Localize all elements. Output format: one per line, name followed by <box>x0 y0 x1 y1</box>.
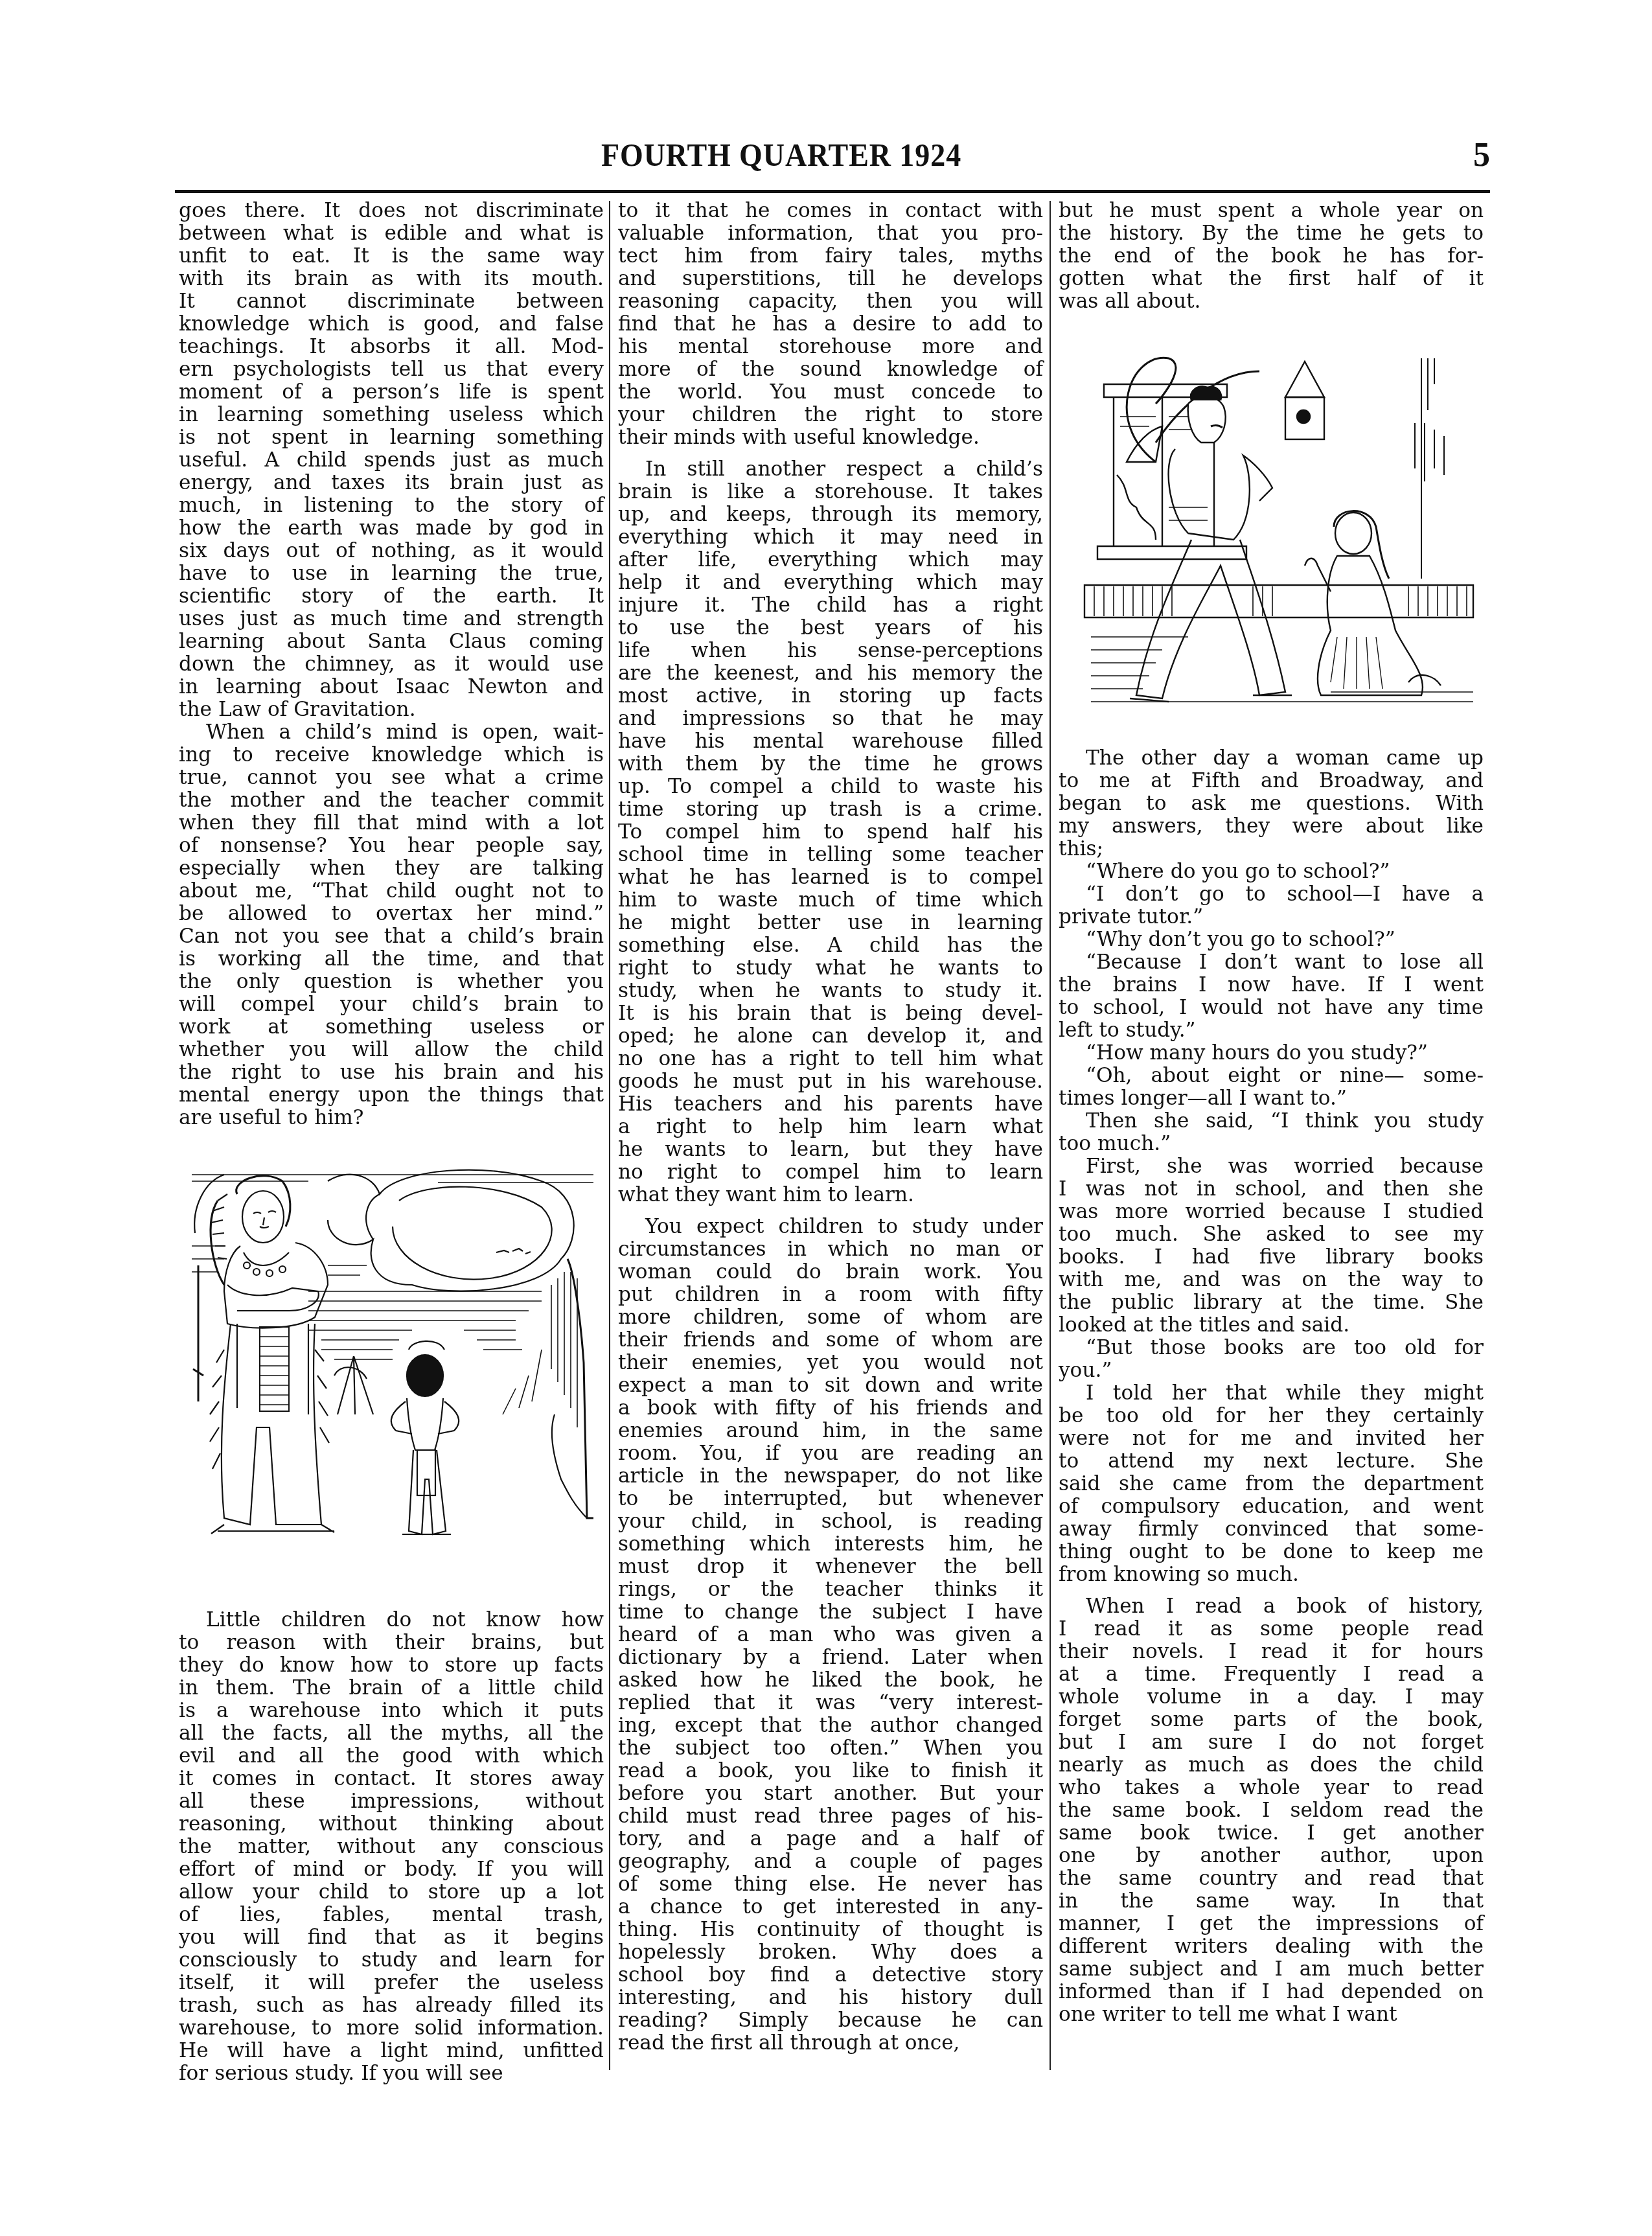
text-line: most active, in storing up facts <box>618 685 1043 708</box>
text-line: especially when they are talking <box>179 857 604 880</box>
text-line: goods he must put in his warehouse. <box>618 1070 1043 1093</box>
text-line: and impressions so that he may <box>618 708 1043 730</box>
text-line: life when his sense-perceptions <box>618 640 1043 662</box>
text-line: a right to help him learn what <box>618 1116 1043 1138</box>
text-line: woman could do brain work. You <box>618 1261 1043 1284</box>
text-line: was more worried because I studied <box>1059 1201 1484 1223</box>
header-rule <box>175 190 1490 193</box>
text-line: Little children do not know how <box>179 1609 604 1631</box>
text-line: his mental storehouse more and <box>618 336 1043 358</box>
text-line: In still another respect a child’s <box>618 458 1043 481</box>
text-line: allow your child to store up a lot <box>179 1881 604 1904</box>
text-line: ing to receive knowledge which is <box>179 744 604 766</box>
paragraph: to it that he comes in contact withvalua… <box>618 200 1043 449</box>
page-number: 5 <box>1473 136 1490 174</box>
text-line: about me, “That child ought not to <box>179 880 604 903</box>
paragraph: but he must spent a whole year onthe his… <box>1059 200 1484 313</box>
text-line: away firmly convinced that some- <box>1059 1518 1484 1541</box>
text-line: It is his brain that is being devel- <box>618 1002 1043 1025</box>
text-line: how the earth was made by god in <box>179 517 604 540</box>
text-line: “Because I don’t want to lose all <box>1059 951 1484 974</box>
text-line: trash, such as has already filled its <box>179 1994 604 2017</box>
text-line: moment of a person’s life is spent <box>179 381 604 404</box>
text-line: heard of a man who was given a <box>618 1624 1043 1646</box>
text-line: with me, and was on the way to <box>1059 1269 1484 1291</box>
text-line: find that he has a desire to add to <box>618 313 1043 336</box>
paragraph: When I read a book of history,I read it … <box>1059 1595 1484 2026</box>
text-line: knowledge which is good, and false <box>179 313 604 336</box>
text-line: teachings. It absorbs it all. Mod- <box>179 336 604 358</box>
text-line: reasoning, without thinking about <box>179 1813 604 1836</box>
illustration-chief-and-child <box>179 1155 604 1570</box>
text-line: tect him from fairy tales, myths <box>618 245 1043 268</box>
text-line: the history. By the time he gets to <box>1059 222 1484 245</box>
text-line: put children in a room with fifty <box>618 1284 1043 1306</box>
text-line: at a time. Frequently I read a <box>1059 1663 1484 1686</box>
text-line: the same country and read that <box>1059 1867 1484 1890</box>
text-line: The other day a woman came up <box>1059 747 1484 770</box>
text-line: with them by the time he grows <box>618 753 1043 776</box>
text-line: the brains I now have. If I went <box>1059 974 1484 997</box>
text-line: learning about Santa Claus coming <box>179 630 604 653</box>
text-line: ern psychologists tell us that every <box>179 358 604 381</box>
paragraph: “Oh, about eight or nine— some-times lon… <box>1059 1065 1484 1110</box>
text-line: thing. His continuity of thought is <box>618 1919 1043 1941</box>
text-line: in the same way. In that <box>1059 1890 1484 1913</box>
text-line: the same book. I seldom read the <box>1059 1799 1484 1822</box>
text-line: itself, it will prefer the useless <box>179 1972 604 1994</box>
text-line: different writers dealing with the <box>1059 1935 1484 1958</box>
text-line: private tutor.” <box>1059 906 1484 928</box>
text-line: warehouse, to more solid information. <box>179 2017 604 2040</box>
text-line: must drop it whenever the bell <box>618 1556 1043 1578</box>
text-line: up. To compel a child to waste his <box>618 776 1043 798</box>
text-line: evil and all the good with which <box>179 1745 604 1768</box>
text-line: everything which it may need in <box>618 526 1043 549</box>
paragraph: In still another respect a child’sbrain … <box>618 458 1043 1206</box>
paragraph: “Where do you go to school?” <box>1059 860 1484 883</box>
text-line: the subject too often.” When you <box>618 1737 1043 1760</box>
running-header: FOURTH QUARTER 1924 5 <box>174 136 1490 181</box>
text-line: injure it. The child has a right <box>618 594 1043 617</box>
text-line: study, when he wants to study it. <box>618 980 1043 1002</box>
text-line: but I am sure I do not forget <box>1059 1731 1484 1754</box>
text-line: down the chimney, as it would use <box>179 653 604 676</box>
text-line: mental energy upon the things that <box>179 1084 604 1107</box>
text-line: “But those books are too old for <box>1059 1337 1484 1359</box>
text-line: it comes in contact. It stores away <box>179 1768 604 1790</box>
text-line: the Law of Gravitation. <box>179 698 604 721</box>
text-line: what he has learned is to compel <box>618 866 1043 889</box>
text-column-1: goes there. It does not discriminatebetw… <box>179 200 604 2085</box>
text-line: dictionary by a friend. Later when <box>618 1646 1043 1669</box>
text-line: times longer—all I want to.” <box>1059 1087 1484 1110</box>
text-line: too much.” <box>1059 1133 1484 1155</box>
text-line: the right to use his brain and his <box>179 1061 604 1084</box>
text-line: time to change the subject I have <box>618 1601 1043 1624</box>
text-line: began to ask me questions. With <box>1059 792 1484 815</box>
paragraph: “Why don’t you go to school?” <box>1059 928 1484 951</box>
text-line: looked at the titles and said. <box>1059 1314 1484 1337</box>
text-line: Can not you see that a child’s brain <box>179 925 604 948</box>
text-line: the mother and the teacher commit <box>179 789 604 812</box>
text-line: nearly as much as does the child <box>1059 1754 1484 1777</box>
paragraph: “Because I don’t want to lose allthe bra… <box>1059 951 1484 1042</box>
text-line: from knowing so much. <box>1059 1563 1484 1586</box>
text-line: something else. A child has the <box>618 934 1043 957</box>
text-line: interesting, and his history dull <box>618 1987 1043 2009</box>
text-line: “I don’t go to school—I have a <box>1059 883 1484 906</box>
text-line: asked how he liked the book, he <box>618 1669 1043 1692</box>
text-line: to attend my next lecture. She <box>1059 1450 1484 1473</box>
text-line: are useful to him? <box>179 1107 604 1129</box>
text-line: unfit to eat. It is the same way <box>179 245 604 268</box>
text-line: I was not in school, and then she <box>1059 1178 1484 1201</box>
paragraph: The other day a woman came upto me at Fi… <box>1059 747 1484 860</box>
text-line: I read it as some people read <box>1059 1618 1484 1641</box>
text-line: room. You, if you are reading an <box>618 1442 1043 1465</box>
paragraph: Then she said, “I think you studytoo muc… <box>1059 1110 1484 1155</box>
text-line: rings, or the teacher thinks it <box>618 1578 1043 1601</box>
paragraph: “But those books are too old foryou.” <box>1059 1337 1484 1382</box>
text-line: is working all the time, and that <box>179 948 604 971</box>
text-line: “Where do you go to school?” <box>1059 860 1484 883</box>
text-line: child must read three pages of his- <box>618 1805 1043 1828</box>
text-line: this; <box>1059 838 1484 860</box>
text-line: circumstances in which no man or <box>618 1238 1043 1261</box>
text-line: have his mental warehouse filled <box>618 730 1043 753</box>
text-line: are the keenest, and his memory the <box>618 662 1043 685</box>
paragraph: You expect children to study undercircum… <box>618 1216 1043 2055</box>
text-line: of lies, fables, mental trash, <box>179 1904 604 1926</box>
text-line: the end of the book he has for- <box>1059 245 1484 268</box>
text-line: he might better use in learning <box>618 912 1043 934</box>
text-line: enemies around him, in the same <box>618 1420 1043 1442</box>
text-line: effort of mind or body. If you will <box>179 1858 604 1881</box>
text-line: is a warehouse into which it puts <box>179 1700 604 1722</box>
text-line: to use the best years of his <box>618 617 1043 640</box>
text-line: be allowed to overtax her mind.” <box>179 903 604 925</box>
text-line: left to study.” <box>1059 1019 1484 1042</box>
text-line: in learning something useless which <box>179 404 604 426</box>
text-line: of compulsory education, and went <box>1059 1495 1484 1518</box>
publication-title: FOURTH QUARTER 1924 <box>601 136 961 174</box>
text-line: article in the newspaper, do not like <box>618 1465 1043 1488</box>
text-line: to me at Fifth and Broadway, and <box>1059 770 1484 792</box>
text-line: First, she was worried because <box>1059 1155 1484 1178</box>
text-line: He will have a light mind, unfitted <box>179 2040 604 2062</box>
text-line: read the first all through at once, <box>618 2032 1043 2055</box>
text-line: to reason with their brains, but <box>179 1631 604 1654</box>
text-line: be too old for her they certainly <box>1059 1405 1484 1427</box>
text-line: no right to compel him to learn <box>618 1161 1043 1184</box>
text-line: you.” <box>1059 1359 1484 1382</box>
paragraph: I told her that while they mightbe too o… <box>1059 1382 1484 1586</box>
text-line: books. I had five library books <box>1059 1246 1484 1269</box>
text-line: the only question is whether you <box>179 971 604 993</box>
text-line: something which interests him, he <box>618 1533 1043 1556</box>
text-line: of some thing else. He never has <box>618 1873 1043 1896</box>
paragraph: goes there. It does not discriminatebetw… <box>179 200 604 721</box>
text-line: replied that it was “very interest- <box>618 1692 1043 1714</box>
text-line: one by another author, upon <box>1059 1845 1484 1867</box>
text-line: time storing up trash is a crime. <box>618 798 1043 821</box>
text-line: were not for me and invited her <box>1059 1427 1484 1450</box>
text-line: their novels. I read it for hours <box>1059 1641 1484 1663</box>
text-line: what they want him to learn. <box>618 1184 1043 1206</box>
text-line: a chance to get interested in any- <box>618 1896 1043 1919</box>
text-line: You expect children to study under <box>618 1216 1043 1238</box>
text-line: is not spent in learning something <box>179 426 604 449</box>
text-line: thing ought to be done to keep me <box>1059 1541 1484 1563</box>
text-line: ing, except that the author changed <box>618 1714 1043 1737</box>
text-column-2: to it that he comes in contact withvalua… <box>618 200 1043 2055</box>
text-line: no one has a right to tell him what <box>618 1048 1043 1070</box>
text-line: when they fill that mind with a lot <box>179 812 604 835</box>
illustration-chief-and-child <box>179 1155 604 1570</box>
text-line: the matter, without any conscious <box>179 1836 604 1858</box>
paragraph: When a child’s mind is open, wait-ing to… <box>179 721 604 1129</box>
text-line: To compel him to spend half his <box>618 821 1043 844</box>
text-line: to be interrupted, but whenever <box>618 1488 1043 1510</box>
text-line: your child, in school, is reading <box>618 1510 1043 1533</box>
column-divider-2 <box>1050 201 1051 2070</box>
text-line: before you start another. But your <box>618 1782 1043 1805</box>
text-line: they do know how to store up facts <box>179 1654 604 1677</box>
text-line: right to study what he wants to <box>618 957 1043 980</box>
text-line: school boy find a detective story <box>618 1964 1043 1987</box>
text-line: up, and keeps, through its memory, <box>618 503 1043 526</box>
text-line: school time in telling some teacher <box>618 844 1043 866</box>
text-line: to school, I would not have any time <box>1059 997 1484 1019</box>
text-line: gotten what the first half of it <box>1059 268 1484 290</box>
illustration-man-with-whip <box>1059 332 1484 708</box>
text-line: whether you will allow the child <box>179 1039 604 1061</box>
text-line: “Why don’t you go to school?” <box>1059 928 1484 951</box>
text-line: work at something useless or <box>179 1016 604 1039</box>
text-line: one writer to tell me what I want <box>1059 2003 1484 2026</box>
text-line: It cannot discriminate between <box>179 290 604 313</box>
text-line: too much. She asked to see my <box>1059 1223 1484 1246</box>
text-line: informed than if I had depended on <box>1059 1981 1484 2003</box>
text-line: their enemies, yet you would not <box>618 1352 1043 1374</box>
illustration-man-with-whip <box>1059 332 1484 708</box>
text-line: with its brain as with its mouth. <box>179 268 604 290</box>
text-line: consciously to study and learn for <box>179 1949 604 1972</box>
text-line: read a book, you like to finish it <box>618 1760 1043 1782</box>
text-line: geography, and a couple of pages <box>618 1850 1043 1873</box>
text-line: I told her that while they might <box>1059 1382 1484 1405</box>
column-divider-1 <box>609 201 610 2070</box>
paragraph: “How many hours do you study?” <box>1059 1042 1484 1065</box>
text-line: same subject and I am much better <box>1059 1958 1484 1981</box>
text-line: you will find that as it begins <box>179 1926 604 1949</box>
text-line: of nonsense? You hear people say, <box>179 835 604 857</box>
text-column-3: but he must spent a whole year onthe his… <box>1059 200 1484 2026</box>
text-line: uses just as much time and strength <box>179 608 604 630</box>
text-line: manner, I get the impressions of <box>1059 1913 1484 1935</box>
text-line: your children the right to store <box>618 404 1043 426</box>
text-line: their minds with useful knowledge. <box>618 426 1043 449</box>
text-line: in them. The brain of a little child <box>179 1677 604 1700</box>
text-line: my answers, they were about like <box>1059 815 1484 838</box>
text-line: all these impressions, without <box>179 1790 604 1813</box>
paragraph: First, she was worried becauseI was not … <box>1059 1155 1484 1337</box>
text-line: reasoning capacity, then you will <box>618 290 1043 313</box>
text-line: said she came from the department <box>1059 1473 1484 1495</box>
text-line: him to waste much of time which <box>618 889 1043 912</box>
paragraph: Little children do not know howto reason… <box>179 1609 604 2085</box>
text-line: six days out of nothing, as it would <box>179 540 604 562</box>
text-line: will compel your child’s brain to <box>179 993 604 1016</box>
text-line: he wants to learn, but they have <box>618 1138 1043 1161</box>
text-line: reading? Simply because he can <box>618 2009 1043 2032</box>
text-line: true, cannot you see what a crime <box>179 766 604 789</box>
text-line: goes there. It does not discriminate <box>179 200 604 222</box>
text-line: for serious study. If you will see <box>179 2062 604 2085</box>
text-line: Then she said, “I think you study <box>1059 1110 1484 1133</box>
text-line: “Oh, about eight or nine— some- <box>1059 1065 1484 1087</box>
paragraph: “I don’t go to school—I have aprivate tu… <box>1059 883 1484 928</box>
text-line: whole volume in a day. I may <box>1059 1686 1484 1709</box>
text-line: useful. A child spends just as much <box>179 449 604 472</box>
text-line: to it that he comes in contact with <box>618 200 1043 222</box>
text-line: His teachers and his parents have <box>618 1093 1043 1116</box>
text-line: When a child’s mind is open, wait- <box>179 721 604 744</box>
text-line: more children, some of whom are <box>618 1306 1043 1329</box>
text-line: When I read a book of history, <box>1059 1595 1484 1618</box>
text-line: oped; he alone can develop it, and <box>618 1025 1043 1048</box>
text-line: was all about. <box>1059 290 1484 313</box>
text-line: valuable information, that you pro- <box>618 222 1043 245</box>
text-line: more of the sound knowledge of <box>618 358 1043 381</box>
text-line: much, in listening to the story of <box>179 494 604 517</box>
text-line: in learning about Isaac Newton and <box>179 676 604 698</box>
text-line: hopelessly broken. Why does a <box>618 1941 1043 1964</box>
text-line: their friends and some of whom are <box>618 1329 1043 1352</box>
text-line: brain is like a storehouse. It takes <box>618 481 1043 503</box>
text-line: help it and everything which may <box>618 571 1043 594</box>
text-line: energy, and taxes its brain just as <box>179 472 604 494</box>
text-line: “How many hours do you study?” <box>1059 1042 1484 1065</box>
text-line: tory, and a page and a half of <box>618 1828 1043 1850</box>
text-line: forget some parts of the book, <box>1059 1709 1484 1731</box>
text-line: same book twice. I get another <box>1059 1822 1484 1845</box>
text-line: all the facts, all the myths, all the <box>179 1722 604 1745</box>
text-line: who takes a whole year to read <box>1059 1777 1484 1799</box>
text-line: a book with fifty of his friends and <box>618 1397 1043 1420</box>
text-line: after life, everything which may <box>618 549 1043 571</box>
text-line: the public library at the time. She <box>1059 1291 1484 1314</box>
text-line: have to use in learning the true, <box>179 562 604 585</box>
text-line: the world. You must concede to <box>618 381 1043 404</box>
text-line: but he must spent a whole year on <box>1059 200 1484 222</box>
text-line: and superstitions, till he develops <box>618 268 1043 290</box>
text-line: scientific story of the earth. It <box>179 585 604 608</box>
text-line: expect a man to sit down and write <box>618 1374 1043 1397</box>
text-line: between what is edible and what is <box>179 222 604 245</box>
